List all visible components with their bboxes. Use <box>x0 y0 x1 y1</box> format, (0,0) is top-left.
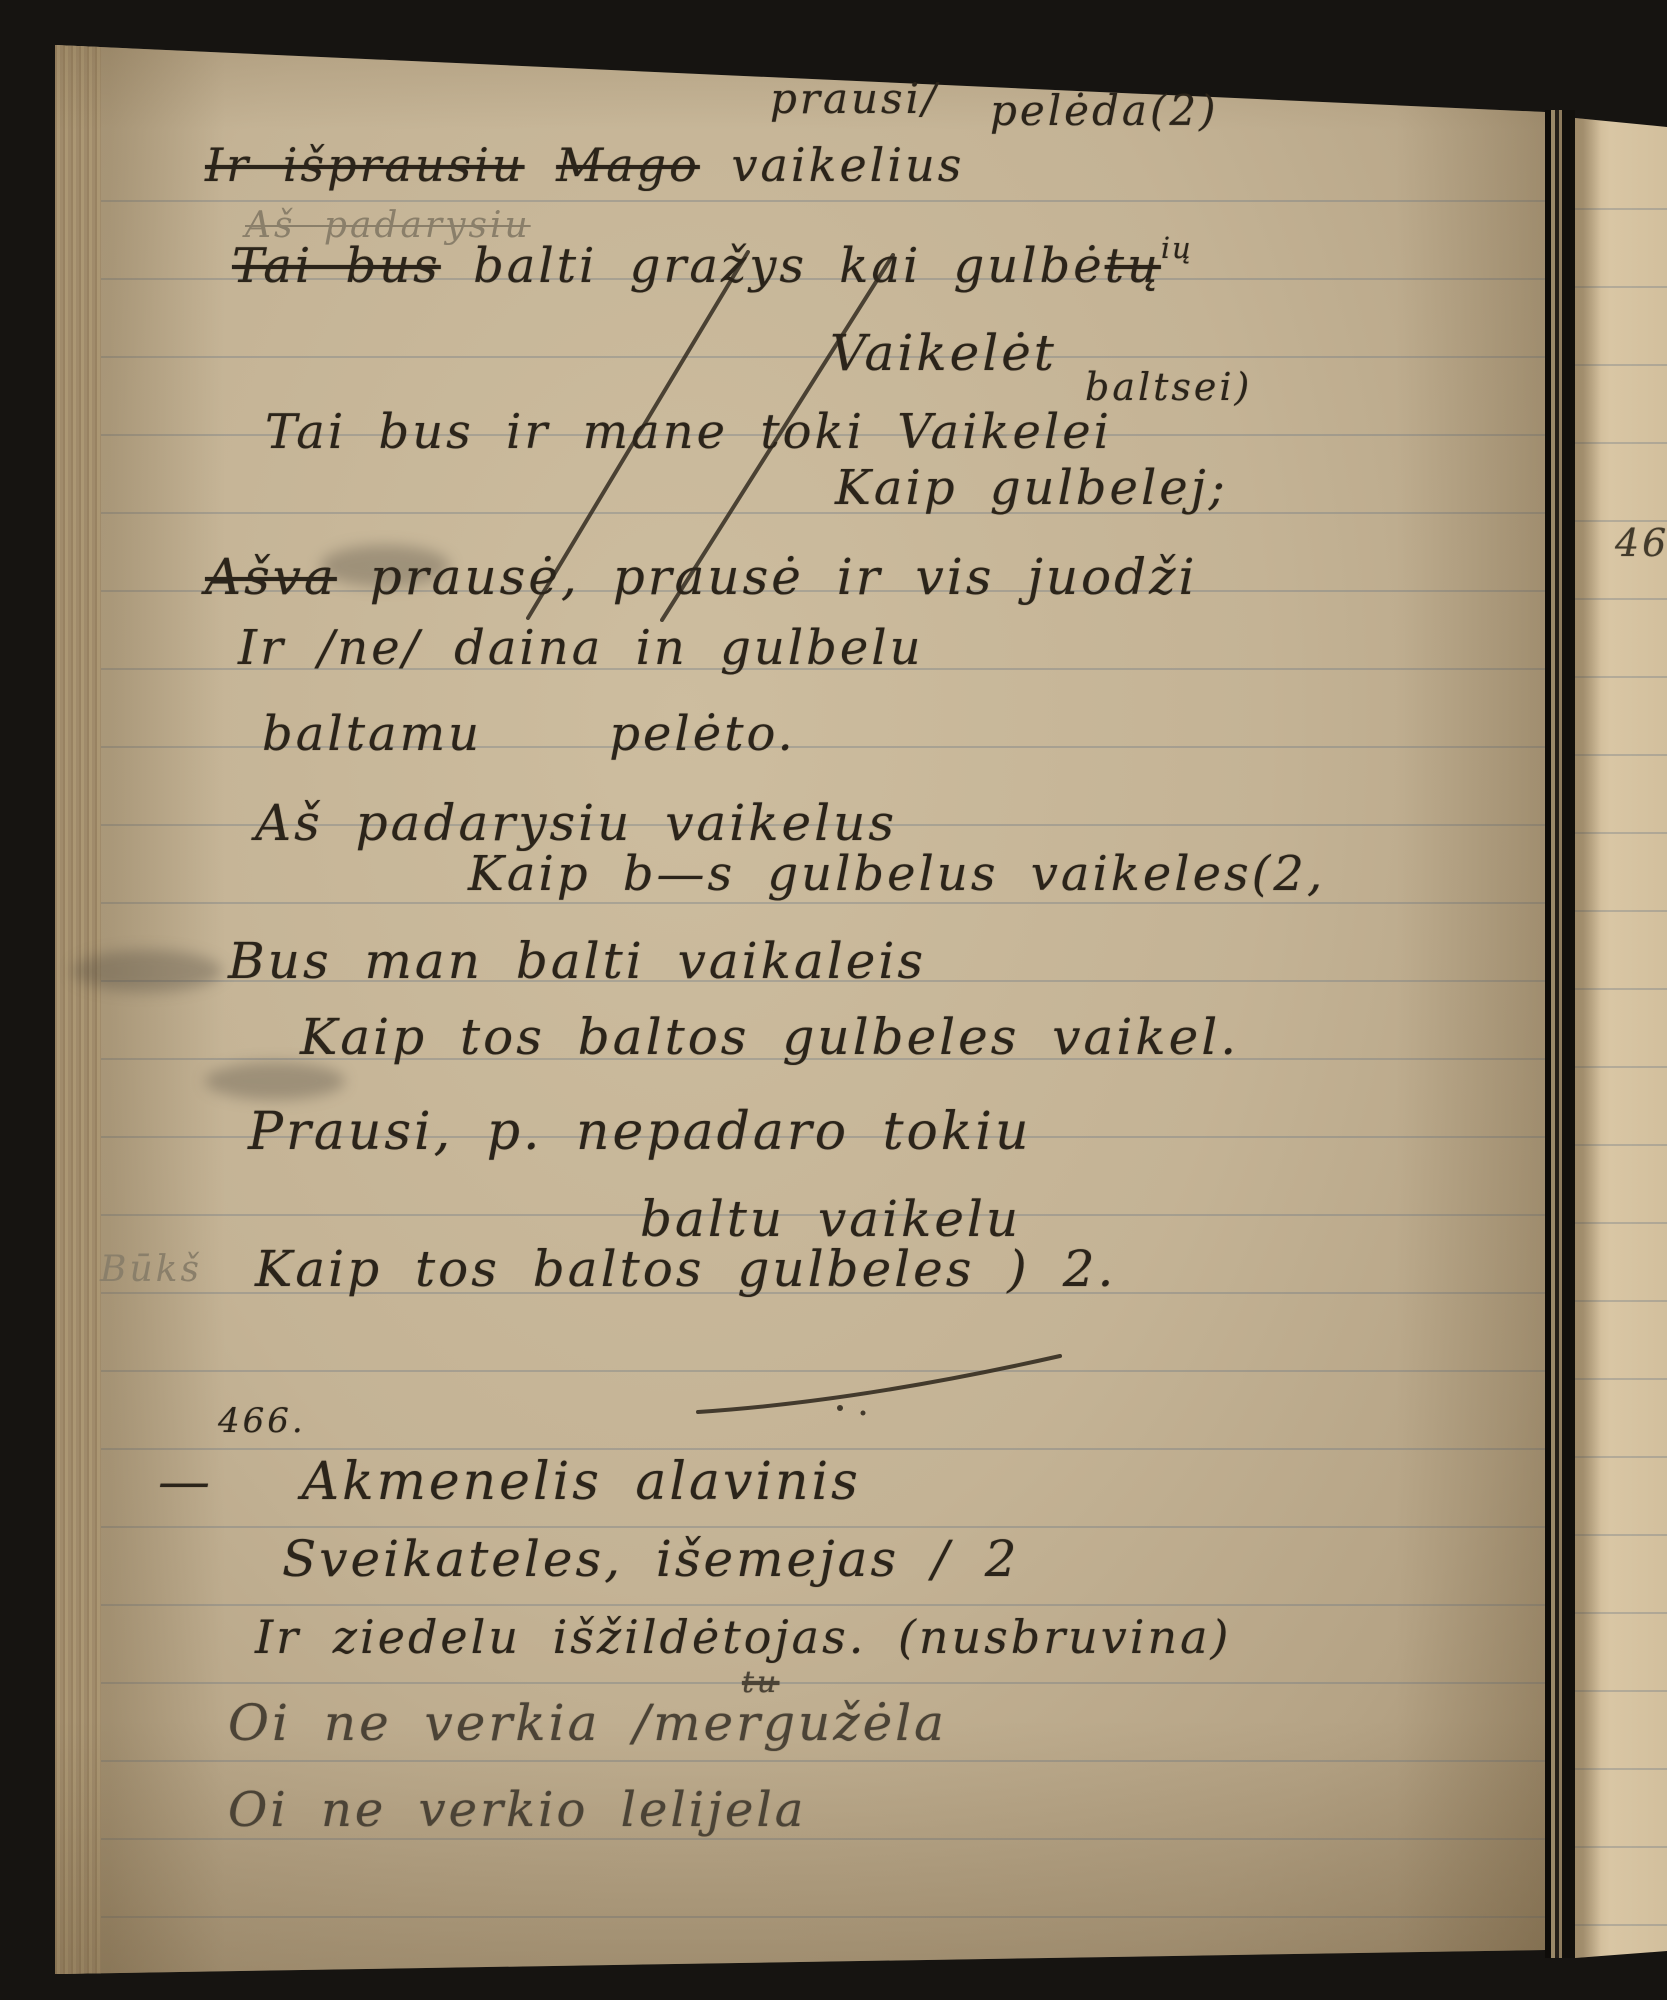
ruled-line <box>1575 208 1667 210</box>
line-text: Ir /ne/ daina in gulbelu <box>238 620 923 676</box>
handwriting-line-7: Ir /ne/ daina in gulbelu <box>238 624 923 672</box>
struck-word: Mago <box>556 138 700 192</box>
line-text: Oi ne verkio lelijela <box>228 1782 806 1838</box>
ruled-line <box>101 1916 1545 1918</box>
line-text: Kaip gulbelej; <box>835 460 1228 516</box>
line-text: Prausi, p. nepadaro tokiu <box>248 1102 1031 1162</box>
line-text: Kaip b—s gulbelus vaikeles(2, <box>468 846 1325 902</box>
line-text: prausė, prausė ir vis juodži <box>370 548 1198 606</box>
line-1-refrain: pelėda(2) <box>990 90 1218 132</box>
struck-word: tų <box>1105 238 1161 294</box>
line-text: Oi ne verkia /mergužėla <box>228 1694 947 1752</box>
ruled-line <box>1575 1144 1667 1146</box>
ruled-line <box>101 200 1545 202</box>
ruled-line <box>1575 442 1667 444</box>
flourish-stroke <box>690 1350 1070 1425</box>
ruled-line <box>1575 910 1667 912</box>
handwriting-line-9: Aš padarysiu vaikelus <box>255 798 897 848</box>
margin-note-pencil: Būkš <box>100 1252 202 1288</box>
ruled-line <box>1575 598 1667 600</box>
ruled-line <box>101 1760 1545 1762</box>
ruled-line <box>1575 988 1667 990</box>
page-gap-binding <box>1545 110 1575 1958</box>
handwriting-line-18: Ir ziedelu išžildėtojas. (nusbruvina) <box>255 1614 1232 1660</box>
line-text: Sveikateles, išemejas / 2 <box>282 1530 1020 1588</box>
ruled-line <box>101 1604 1545 1606</box>
ruled-line <box>1575 1690 1667 1692</box>
struck-word: Ir išprausiu <box>205 138 525 192</box>
ruled-line <box>101 1682 1545 1684</box>
handwriting-line-16: — Akmenelis alavinis <box>158 1456 861 1508</box>
adjacent-page-number: 466 <box>1615 524 1667 562</box>
refrain-text: pelėda(2) <box>990 86 1218 135</box>
handwriting-line-14: baltu vaikelu <box>640 1194 1021 1244</box>
handwriting-line-19: Oi ne verkia /mergužėla <box>228 1698 947 1748</box>
line-text: baltamu <box>262 706 482 762</box>
ruled-line <box>1575 832 1667 834</box>
handwriting-line-20: Oi ne verkio lelijela <box>228 1786 806 1834</box>
line-4-superscript: baltsei) <box>1085 368 1252 406</box>
document-scan: { "scan": { "background_color": "#161411… <box>0 0 1667 2000</box>
line-text: Akmenelis alavinis <box>302 1452 861 1512</box>
line-text: Bus man balti vaikaleis <box>228 932 926 990</box>
insertion-text: prausi/ <box>770 74 939 123</box>
handwriting-line-17: Sveikateles, išemejas / 2 <box>282 1534 1020 1584</box>
struck-word: Ašva <box>205 548 337 606</box>
ruled-line <box>1575 1768 1667 1770</box>
page-stack-edge <box>55 0 101 2000</box>
handwriting-line-11: Bus man balti vaikaleis <box>228 936 926 986</box>
ruled-line <box>101 1448 1545 1450</box>
line-text: vaikelius <box>731 138 964 192</box>
section-number-text: 466. <box>218 1401 306 1441</box>
superscript-correction: baltsei) <box>1085 365 1252 409</box>
ruled-line <box>1575 1066 1667 1068</box>
pencil-smudge <box>205 1062 345 1100</box>
handwriting-line-1: Ir išprausiu Mago vaikelius <box>205 142 964 188</box>
line-text: pelėto. <box>609 706 796 762</box>
handwriting-line-2: Tai bus balti gražys kai gulbėtųių <box>232 242 1193 290</box>
list-dash: — <box>158 1452 213 1512</box>
handwriting-line-13: Prausi, p. nepadaro tokiu <box>248 1106 1031 1158</box>
line-text: Tai bus ir mane toki Vaikelei <box>265 404 1112 460</box>
struck-word: Tai bus <box>232 238 441 294</box>
ruled-line <box>1575 1456 1667 1458</box>
superscript-correction: ių <box>1161 231 1193 265</box>
ruled-line <box>1575 286 1667 288</box>
ruled-line <box>1575 1612 1667 1614</box>
pencil-text: Būkš <box>100 1249 202 1290</box>
ruled-line <box>1575 676 1667 678</box>
adjacent-ruled-lines <box>1575 0 1667 2000</box>
handwriting-line-12: Kaip tos baltos gulbeles vaikel. <box>300 1012 1239 1062</box>
handwriting-line-15: Kaip tos baltos gulbeles ) 2. <box>255 1244 1116 1294</box>
ruled-line <box>1575 1924 1667 1926</box>
ruled-line <box>1575 754 1667 756</box>
line-text: Aš padarysiu vaikelus <box>255 794 897 852</box>
handwriting-line-6: Ašva prausė, prausė ir vis juodži <box>205 552 1197 602</box>
line-text: Vaikelėt <box>830 324 1057 382</box>
ruled-line <box>1575 1846 1667 1848</box>
handwriting-line-5: Kaip gulbelej; <box>835 464 1228 512</box>
handwriting-line-10: Kaip b—s gulbelus vaikeles(2, <box>468 850 1325 898</box>
handwriting-line-8: baltamu pelėto. <box>262 710 796 758</box>
ruled-line <box>101 902 1545 904</box>
line-text: balti gražys kai gulbė <box>473 238 1105 294</box>
line-text: Kaip tos baltos gulbeles vaikel. <box>300 1008 1239 1066</box>
ruled-line <box>101 1526 1545 1528</box>
ruled-line <box>1575 364 1667 366</box>
ruled-line <box>101 1838 1545 1840</box>
adjacent-page-edge: 466 <box>1575 0 1667 2000</box>
page-number-text: 466 <box>1615 521 1667 565</box>
insertion-above-line-1: prausi/ <box>770 78 939 120</box>
line-text: Kaip tos baltos gulbeles ) 2. <box>255 1240 1116 1298</box>
handwriting-line-3: Vaikelėt <box>830 328 1057 378</box>
handwriting-line-4: Tai bus ir mane toki Vaikelei <box>265 408 1112 456</box>
pencil-smudge <box>72 950 222 992</box>
ruled-line <box>1575 1222 1667 1224</box>
section-number: 466. <box>218 1404 306 1438</box>
ruled-line <box>1575 1378 1667 1380</box>
ruled-line <box>1575 1300 1667 1302</box>
line-text: Ir ziedelu išžildėtojas. (nusbruvina) <box>255 1610 1232 1664</box>
ruled-line <box>1575 1534 1667 1536</box>
